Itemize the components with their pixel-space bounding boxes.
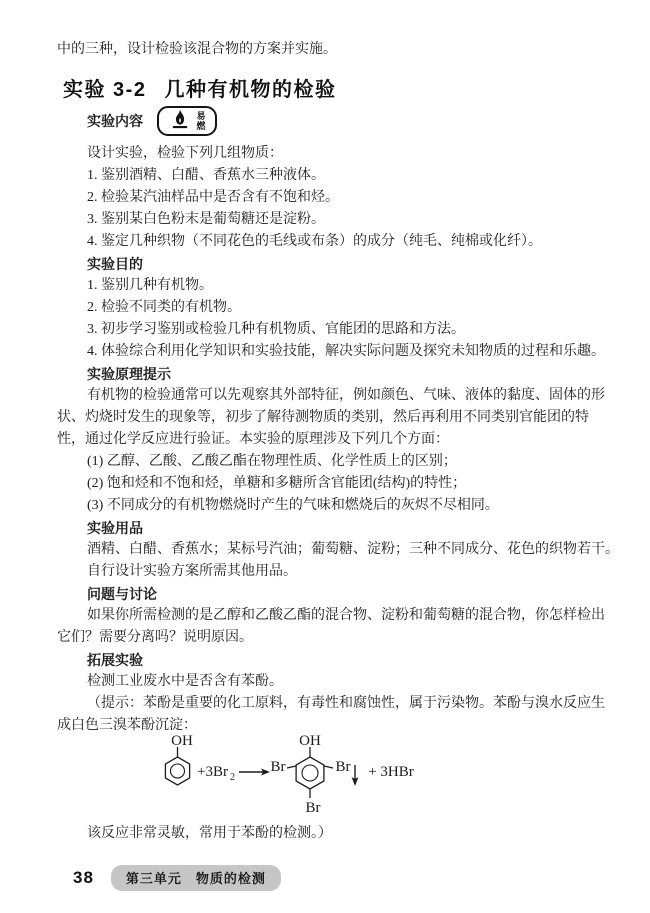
- benzene-ring: [165, 757, 189, 785]
- section-heading-principle-hint: 实验原理提示: [57, 363, 605, 385]
- benzene-ring: [296, 757, 324, 789]
- extension-task: 检测工业废水中是否含有苯酚。: [57, 671, 605, 693]
- bond-line: [287, 766, 296, 768]
- purpose-item: 1. 鉴别几种有机物。: [57, 275, 605, 297]
- principle-paragraph: 有机物的检验通常可以先观察其外部特征，例如颜色、气味、液体的黏度、固体的形状、灼…: [57, 385, 605, 451]
- purpose-item: 4. 体验综合利用化学知识和实验技能，解决实际问题及探究未知物质的过程和乐趣。: [57, 341, 605, 363]
- discussion-paragraph: 如果你所需检测的是乙醇和乙酸乙酯的混合物、淀粉和葡萄糖的混合物，你怎样检出它们？…: [57, 605, 605, 649]
- product-oh-label: OH: [299, 733, 321, 749]
- chemical-equation: OH +3Br 2 Br OH Br: [140, 731, 470, 817]
- textbook-page: 中的三种，设计检验该混合物的方案并实施。 实验 3-2几种有机物的检验 实验内容…: [0, 0, 650, 913]
- section-heading-experiment-purpose: 实验目的: [57, 253, 605, 275]
- br2-subscript: 2: [230, 772, 235, 783]
- continuation-text: 中的三种，设计检验该混合物的方案并实施。: [57, 39, 605, 61]
- supplies-line: 酒精、白醋、香蕉水；某标号汽油；葡萄糖、淀粉；三种不同成分、花色的织物若干。: [57, 539, 605, 561]
- section-heading-experiment-content: 实验内容: [57, 111, 143, 131]
- section-experiment-content-row: 实验内容 易燃: [57, 104, 605, 138]
- content-item: 1. 鉴别酒精、白醋、香蕉水三种液体。: [57, 165, 605, 187]
- section-heading-extension: 拓展实验: [57, 649, 605, 671]
- purpose-item: 2. 检验不同类的有机物。: [57, 297, 605, 319]
- content-item: 4. 鉴定几种织物（不同花色的毛线或布条）的成分（纯毛、纯棉或化纤）。: [57, 231, 605, 253]
- content-item: 3. 鉴别某白色粉末是葡萄糖还是淀粉。: [57, 209, 605, 231]
- page-number: 38: [73, 868, 94, 888]
- bond-line: [324, 766, 333, 768]
- experiment-number: 实验 3-2: [63, 79, 146, 101]
- experiment-title-text: 几种有机物的检验: [164, 79, 336, 101]
- content-intro: 设计实验，检验下列几组物质：: [57, 143, 605, 165]
- br-right-label: Br: [336, 759, 351, 775]
- reactant-oh-label: OH: [171, 733, 193, 749]
- flammable-hazard-icon: 易燃: [157, 106, 217, 136]
- principle-point: (2) 饱和烃和不饱和烃，单糖和多糖所含官能团(结构)的特性；: [57, 473, 605, 495]
- extension-note: 该反应非常灵敏，常用于苯酚的检测。）: [57, 823, 605, 845]
- unit-badge: 第三单元 物质的检测: [111, 865, 281, 891]
- plus-3br2-label: +3Br: [197, 764, 228, 780]
- section-heading-discussion: 问题与讨论: [57, 583, 605, 605]
- precipitate-arrow-icon: [352, 765, 359, 786]
- br-bottom-label: Br: [306, 800, 321, 816]
- experiment-title: 实验 3-2几种有机物的检验: [57, 77, 605, 103]
- content-item: 2. 检验某汽油样品中是否含有不饱和烃。: [57, 187, 605, 209]
- plus-3hbr-label: + 3HBr: [368, 764, 414, 780]
- supplies-line: 自行设计实验方案所需其他用品。: [57, 561, 605, 583]
- reaction-arrow-icon: [239, 769, 270, 776]
- principle-point: (1) 乙醇、乙酸、乙酸乙酯在物理性质、化学性质上的区别；: [57, 451, 605, 473]
- page-footer: 38 第三单元 物质的检测: [73, 865, 281, 891]
- br-left-label: Br: [271, 759, 286, 775]
- flame-icon: [170, 109, 190, 133]
- principle-point: (3) 不同成分的有机物燃烧时产生的气味和燃烧后的灰烬不尽相同。: [57, 495, 605, 517]
- section-heading-supplies: 实验用品: [57, 517, 605, 539]
- flammable-label: 易燃: [196, 111, 205, 131]
- purpose-item: 3. 初步学习鉴别或检验几种有机物质、官能团的思路和方法。: [57, 319, 605, 341]
